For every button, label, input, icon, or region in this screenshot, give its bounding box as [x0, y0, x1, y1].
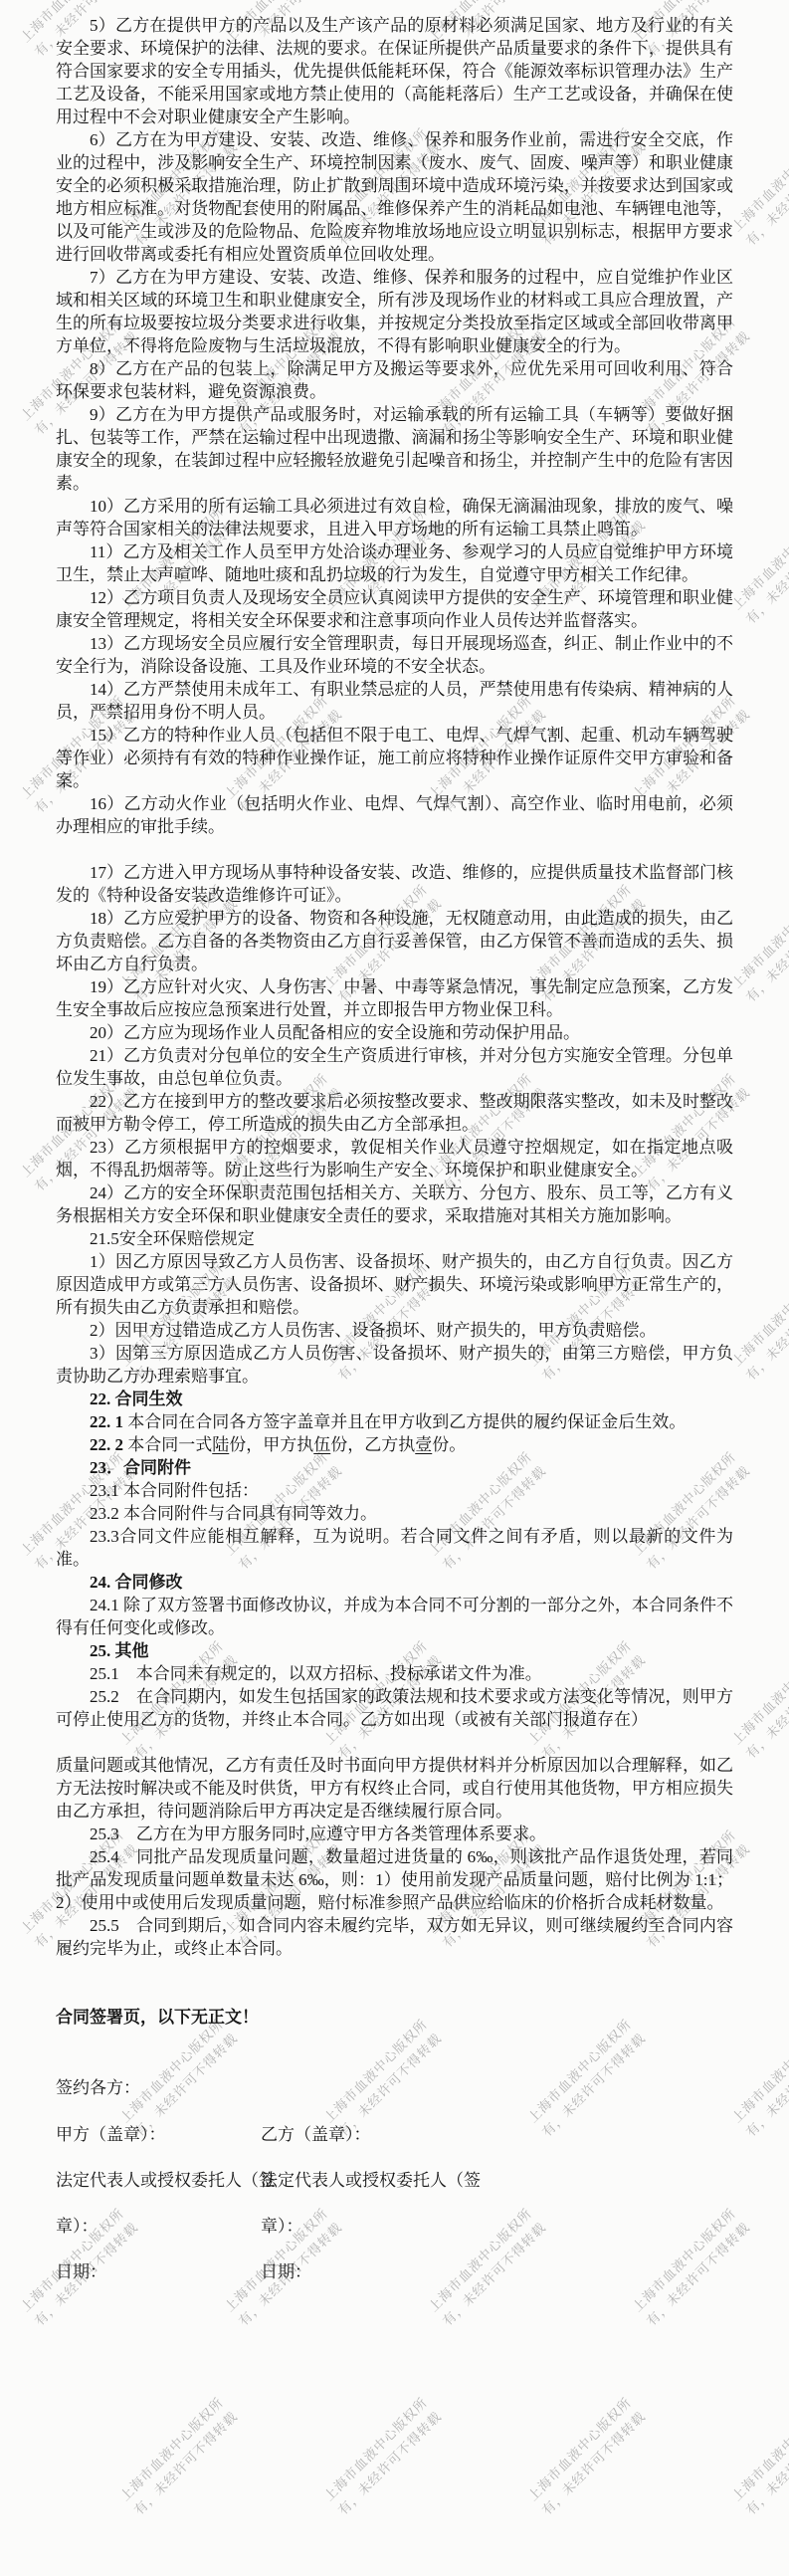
signature-page-note: 合同签署页，以下无正文！	[56, 2006, 733, 2029]
signature-intro: 签约各方：	[56, 2076, 733, 2099]
contract-paragraph: 19）乙方应针对火灾、人身伤害、中暑、中毒等紧急情况，事先制定应急预案，乙方发生…	[56, 975, 733, 1021]
contract-paragraph: 3）因第三方原因造成乙方人员伤害、设备损坏、财产损失的，由第三方赔偿，甲方负责协…	[56, 1342, 733, 1388]
contract-paragraph: 25.5 合同到期后，如合同内容未履约完毕，双方如无异议，则可继续履约至合同内容…	[56, 1914, 733, 1960]
contract-paragraph: 23）乙方须根据甲方的控烟要求，敦促相关作业人员遵守控烟规定，如在指定地点吸烟，…	[56, 1136, 733, 1181]
contract-paragraph: 23.1 本合同附件包括：	[56, 1479, 733, 1502]
contract-paragraph: 1）因乙方原因导致乙方人员伤害、设备损坏、财产损失的，由乙方自行负责。因乙方原因…	[56, 1250, 733, 1319]
contract-page: 上海市血液中心版权所 有，未经许可不得转载上海市血液中心版权所 有，未经许可不得…	[0, 0, 789, 2576]
signature-line: 章）：	[261, 2215, 466, 2239]
contract-paragraph: 22）乙方在接到甲方的整改要求后必须按整改要求、整改期限落实整改，如未及时整改而…	[56, 1090, 733, 1136]
section-heading: 23．合同附件	[56, 1456, 733, 1479]
contract-paragraph: 9）乙方在为甲方提供产品或服务时，对运输承载的所有运输工具（车辆等）要做好捆扎、…	[56, 403, 733, 495]
contract-paragraph: 13）乙方现场安全员应履行安全管理职责，每日开展现场巡查，纠正、制止作业中的不安…	[56, 632, 733, 678]
contract-paragraph: 21.5安全环保赔偿规定	[56, 1227, 733, 1250]
contract-paragraph: 22. 2 本合同一式陆份，甲方执伍份，乙方执壹份。	[56, 1433, 733, 1456]
signature-column-party-b: 乙方（盖章）：法定代表人或授权委托人（签章）：日期：	[261, 2123, 466, 2306]
section-heading: 22. 合同生效	[56, 1388, 733, 1410]
contract-paragraph: 25.2 在合同期内，如发生包括国家的政策法规和技术要求或方法变化等情况，则甲方…	[56, 1685, 733, 1731]
contract-paragraph: 12）乙方项目负责人及现场安全员应认真阅读甲方提供的安全生产、环境管理和职业健康…	[56, 586, 733, 632]
contract-paragraph: 质量问题或其他情况，乙方有责任及时书面向甲方提供材料并分析原因加以合理解释，如乙…	[56, 1754, 733, 1823]
contract-paragraph: 24.1 除了双方签署书面修改协议，并成为本合同不可分割的一部分之外，本合同条件…	[56, 1594, 733, 1639]
contract-clauses: 5）乙方在提供甲方的产品以及生产该产品的原材料必须满足国家、地方及行业的有关安全…	[56, 14, 733, 1960]
contract-paragraph: 22. 1 本合同在合同各方签字盖章并且在甲方收到乙方提供的履约保证金后生效。	[56, 1410, 733, 1433]
section-heading: 25. 其他	[56, 1639, 733, 1662]
signature-line: 日期：	[261, 2260, 466, 2284]
signature-column-party-a: 甲方（盖章）：法定代表人或授权委托人（签章）：日期：	[56, 2123, 261, 2306]
contract-paragraph: 15）乙方的特种作业人员（包括但不限于电工、电焊、气焊气割、起重、机动车辆驾驶等…	[56, 724, 733, 792]
contract-paragraph: 10）乙方采用的所有运输工具必须进过有效自检，确保无滴漏油现象，排放的废气、噪声…	[56, 495, 733, 540]
signature-line: 日期：	[56, 2260, 261, 2284]
contract-body: 5）乙方在提供甲方的产品以及生产该产品的原材料必须满足国家、地方及行业的有关安全…	[0, 0, 789, 2306]
signature-line: 乙方（盖章）：	[261, 2123, 466, 2147]
contract-paragraph: 18）乙方应爱护甲方的设备、物资和各种设施，无权随意动用，由此造成的损失，由乙方…	[56, 907, 733, 975]
contract-paragraph: 25.4 同批产品发现质量问题，数量超过进货量的 6‰，则该批产品作退货处理，若…	[56, 1845, 733, 1914]
contract-paragraph: 25.1 本合同未有规定的，以双方招标、投标承诺文件为准。	[56, 1662, 733, 1685]
contract-paragraph: 23.3合同文件应能相互解释，互为说明。若合同文件之间有矛盾，则以最新的文件为准…	[56, 1525, 733, 1571]
contract-paragraph: 23.2 本合同附件与合同具有同等效力。	[56, 1502, 733, 1525]
contract-paragraph: 7）乙方在为甲方建设、安装、改造、维修、保养和服务的过程中，应自觉维护作业区域和…	[56, 266, 733, 357]
contract-paragraph: 17）乙方进入甲方现场从事特种设备安装、改造、维修的，应提供质量技术监督部门核发…	[56, 861, 733, 907]
watermark-text: 上海市血液中心版权所 有，未经许可不得转载	[727, 2393, 789, 2519]
contract-paragraph: 6）乙方在为甲方建设、安装、改造、维修、保养和服务作业前，需进行安全交底，作业的…	[56, 128, 733, 266]
contract-paragraph: 5）乙方在提供甲方的产品以及生产该产品的原材料必须满足国家、地方及行业的有关安全…	[56, 14, 733, 128]
watermark-text: 上海市血液中心版权所 有，未经许可不得转载	[115, 2393, 242, 2519]
watermark-text: 上海市血液中心版权所 有，未经许可不得转载	[523, 2393, 650, 2519]
signature-line: 甲方（盖章）：	[56, 2123, 261, 2147]
contract-paragraph: 21）乙方负责对分包单位的安全生产资质进行审核，并对分包方实施安全管理。分包单位…	[56, 1044, 733, 1090]
contract-paragraph: 2）因甲方过错造成乙方人员伤害、设备损坏、财产损失的，甲方负责赔偿。	[56, 1319, 733, 1342]
signature-line: 法定代表人或授权委托人（签	[56, 2169, 261, 2193]
signature-line: 法定代表人或授权委托人（签	[261, 2169, 466, 2193]
contract-paragraph: 24）乙方的安全环保职责范围包括相关方、关联方、分包方、股东、员工等，乙方有义务…	[56, 1181, 733, 1227]
signature-columns: 甲方（盖章）：法定代表人或授权委托人（签章）：日期：乙方（盖章）：法定代表人或授…	[56, 2123, 733, 2306]
signature-line: 章）：	[56, 2215, 261, 2239]
contract-paragraph: 11）乙方及相关工作人员至甲方处洽谈办理业务、参观学习的人员应自觉维护甲方环境卫…	[56, 540, 733, 586]
contract-paragraph: 8）乙方在产品的包装上，除满足甲方及搬运等要求外，应优先采用可回收利用、符合环保…	[56, 357, 733, 403]
section-heading: 24. 合同修改	[56, 1571, 733, 1594]
contract-paragraph: 16）乙方动火作业（包括明火作业、电焊、气焊气割）、高空作业、临时用电前，必须办…	[56, 792, 733, 838]
contract-paragraph: 14）乙方严禁使用未成年工、有职业禁忌症的人员，严禁使用患有传染病、精神病的人员…	[56, 678, 733, 724]
watermark-text: 上海市血液中心版权所 有，未经许可不得转载	[319, 2393, 446, 2519]
contract-paragraph: 25.3 乙方在为甲方服务同时,应遵守甲方各类管理体系要求。	[56, 1823, 733, 1845]
contract-paragraph: 20）乙方应为现场作业人员配备相应的安全设施和劳动保护用品。	[56, 1021, 733, 1044]
